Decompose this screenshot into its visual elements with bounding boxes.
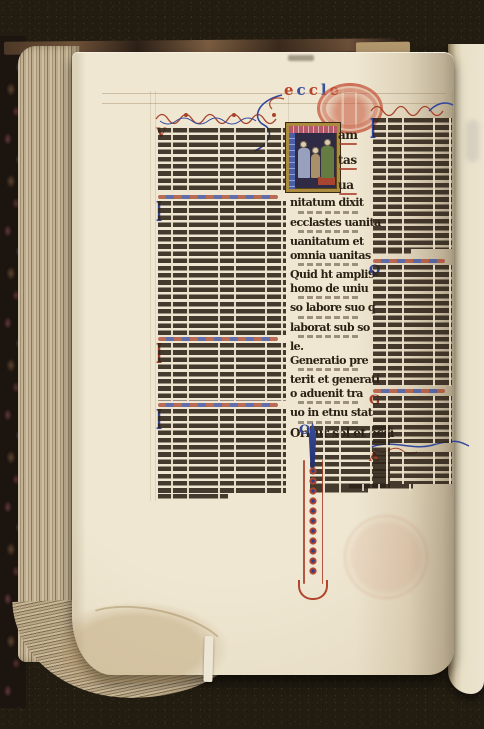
gloss-paragraph bbox=[158, 343, 286, 401]
line-filler bbox=[158, 403, 278, 407]
gloss-paragraph bbox=[373, 265, 452, 386]
descender-rail bbox=[303, 460, 305, 584]
descender-curl bbox=[313, 580, 328, 600]
red-bench bbox=[318, 177, 335, 185]
gloss-paragraph-last-line bbox=[158, 494, 228, 501]
bookmark-tab bbox=[203, 636, 213, 682]
ruling-line bbox=[155, 91, 156, 501]
bible-text-side-words: am tas ua bbox=[338, 129, 364, 204]
text-line: homo de uniu bbox=[290, 282, 371, 296]
figure-center bbox=[311, 154, 320, 178]
interlinear-gloss bbox=[298, 211, 358, 214]
loop-chain-ornament bbox=[307, 466, 319, 576]
text-line: terit et generati bbox=[290, 373, 371, 387]
descender-rail bbox=[322, 460, 324, 584]
gloss-paragraph bbox=[373, 452, 452, 484]
text-line: uanitatum et bbox=[290, 235, 371, 249]
bible-text-column: nitatum dixit ecclastes uanita uanitatum… bbox=[290, 196, 374, 439]
figure-right bbox=[321, 146, 334, 178]
text-line: le. bbox=[290, 340, 371, 354]
stamp-offset-ghost bbox=[344, 515, 428, 599]
gloss-paragraph-last-line bbox=[373, 249, 411, 256]
gloss-paragraph bbox=[373, 118, 452, 249]
line-filler bbox=[158, 195, 278, 199]
header-letter: c bbox=[309, 82, 319, 98]
miniature-frame-band bbox=[289, 126, 337, 133]
gloss-paragraph-last-line bbox=[349, 484, 413, 491]
blue-flame-ornament bbox=[308, 422, 317, 468]
figure-head bbox=[300, 141, 307, 148]
gloss-paragraph bbox=[158, 409, 286, 494]
interlinear-gloss bbox=[298, 296, 358, 299]
header-letter: c bbox=[297, 82, 307, 98]
manuscript-photograph: e c c l e V I I bbox=[0, 0, 484, 729]
text-line: Generatio pre bbox=[290, 354, 371, 368]
figure-head bbox=[324, 139, 331, 146]
red-stroke bbox=[339, 168, 357, 170]
text-line: am bbox=[338, 129, 364, 141]
line-filler bbox=[373, 259, 445, 263]
gloss-paragraph bbox=[158, 201, 286, 336]
interlinear-gloss bbox=[298, 263, 358, 266]
figure-head bbox=[312, 147, 319, 154]
text-line: nitatum dixit bbox=[290, 196, 371, 210]
facing-page-smudge bbox=[466, 120, 479, 162]
miniature-initial-stroke bbox=[289, 133, 295, 189]
ruling-line bbox=[452, 91, 453, 495]
text-line: laborat sub so bbox=[290, 321, 371, 335]
penwork-descender bbox=[299, 422, 327, 600]
interlinear-gloss bbox=[298, 316, 358, 319]
page-stack-fore-edge bbox=[18, 46, 80, 662]
text-line: ecclastes uanita bbox=[290, 216, 371, 230]
penwork-flourish-icon bbox=[371, 99, 453, 117]
text-line: Quid ht ampli9 bbox=[290, 268, 371, 282]
gloss-paragraph bbox=[158, 128, 286, 193]
historiated-initial-miniature bbox=[286, 123, 340, 192]
text-line: so labore suo q bbox=[290, 301, 371, 315]
red-stroke bbox=[339, 143, 357, 145]
text-line: omnia uanitas bbox=[290, 249, 371, 263]
interlinear-gloss bbox=[298, 335, 358, 338]
text-line: uo in etnu stat bbox=[290, 406, 371, 420]
figure-left bbox=[298, 148, 310, 178]
interlinear-gloss bbox=[298, 401, 358, 404]
line-filler bbox=[373, 389, 445, 393]
interlinear-gloss bbox=[298, 230, 358, 233]
top-inscription-smudge bbox=[288, 55, 314, 61]
interlinear-gloss bbox=[298, 368, 358, 371]
descender-curl bbox=[298, 580, 313, 600]
text-line: tas bbox=[338, 154, 364, 166]
parchment-page: e c c l e V I I bbox=[72, 52, 454, 675]
text-line: ua bbox=[338, 179, 364, 191]
gloss-paragraph bbox=[373, 396, 452, 443]
ruling-line bbox=[150, 91, 151, 501]
line-filler bbox=[158, 337, 278, 341]
text-line: o aduenit tra bbox=[290, 387, 371, 401]
